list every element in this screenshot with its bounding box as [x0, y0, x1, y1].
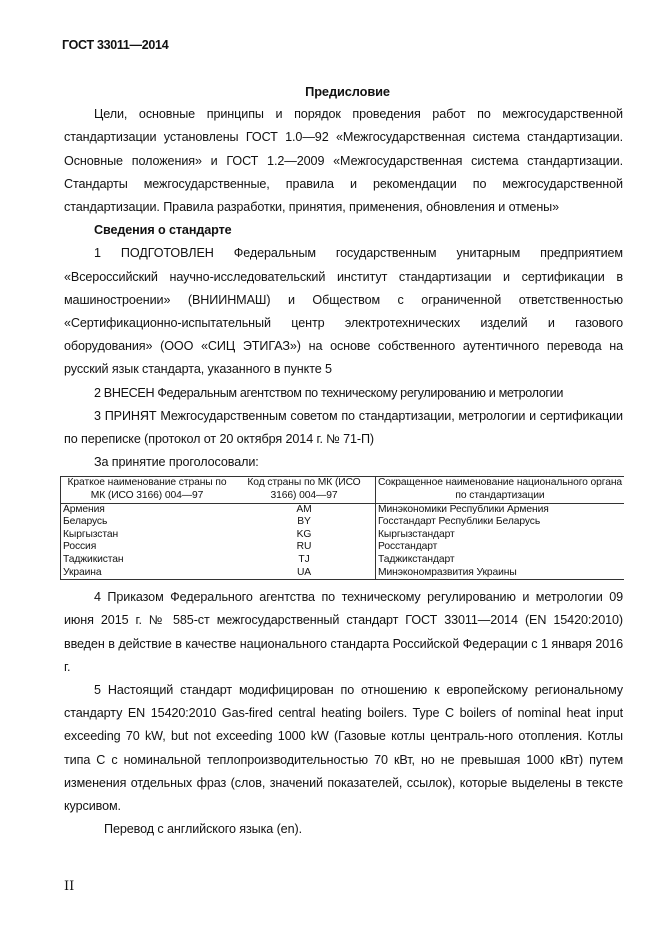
country-code: RU [233, 541, 376, 554]
preface-intro: Цели, основные принципы и порядок провед… [64, 103, 623, 219]
country-name: Кыргызстан [61, 529, 234, 542]
table-row: Украина UA Минэкономразвития Украины [61, 567, 625, 580]
vote-lead: За принятие проголосовали: [64, 451, 623, 474]
table-row: Таджикистан TJ Таджикстандарт [61, 554, 625, 567]
header-country-code: Код страны по МК (ИСО 3166) 004—97 [233, 477, 376, 503]
country-name: Беларусь [61, 516, 234, 529]
national-body: Кыргызстандарт [376, 529, 625, 542]
national-body: Госстандарт Республики Беларусь [376, 516, 625, 529]
table-row: Армения AM Минэкономики Республики Армен… [61, 503, 625, 516]
country-code: AM [233, 503, 376, 516]
country-code: KG [233, 529, 376, 542]
country-code: UA [233, 567, 376, 580]
item-5-modified: 5 Настоящий стандарт модифицирован по от… [64, 679, 623, 818]
table-row: Россия RU Росстандарт [61, 541, 625, 554]
item-3-adopted: 3 ПРИНЯТ Межгосударственным советом по с… [64, 405, 623, 451]
item-1-prepared: 1 ПОДГОТОВЛЕН Федеральным государственны… [64, 242, 623, 381]
country-name: Украина [61, 567, 234, 580]
standard-id-header: ГОСТ 33011—2014 [62, 38, 168, 52]
table-row: Беларусь BY Госстандарт Республики Белар… [61, 516, 625, 529]
country-name: Армения [61, 503, 234, 516]
vote-table: Краткое наименование страны по МК (ИСО 3… [60, 476, 624, 580]
preface-title: Предисловие [64, 80, 623, 103]
item-2-submitted: 2 ВНЕСЕН Федеральным агентством по техни… [64, 382, 623, 405]
header-country-name: Краткое наименование страны по МК (ИСО 3… [61, 477, 234, 503]
item-4-enacted: 4 Приказом Федерального агентства по тех… [64, 586, 623, 679]
country-code: TJ [233, 554, 376, 567]
country-name: Россия [61, 541, 234, 554]
national-body: Минэкономики Республики Армения [376, 503, 625, 516]
table-row: Кыргызстан KG Кыргызстандарт [61, 529, 625, 542]
vote-table-header-row: Краткое наименование страны по МК (ИСО 3… [61, 477, 625, 503]
standard-info-heading: Сведения о стандарте [64, 219, 623, 242]
header-national-body: Сокращенное наименование национального о… [376, 477, 625, 503]
national-body: Росстандарт [376, 541, 625, 554]
page-number: II [64, 879, 74, 894]
national-body: Минэкономразвития Украины [376, 567, 625, 580]
country-code: BY [233, 516, 376, 529]
document-body: Предисловие Цели, основные принципы и по… [64, 80, 623, 841]
national-body: Таджикстандарт [376, 554, 625, 567]
country-name: Таджикистан [61, 554, 234, 567]
translation-note: Перевод с английского языка (en). [64, 818, 623, 841]
